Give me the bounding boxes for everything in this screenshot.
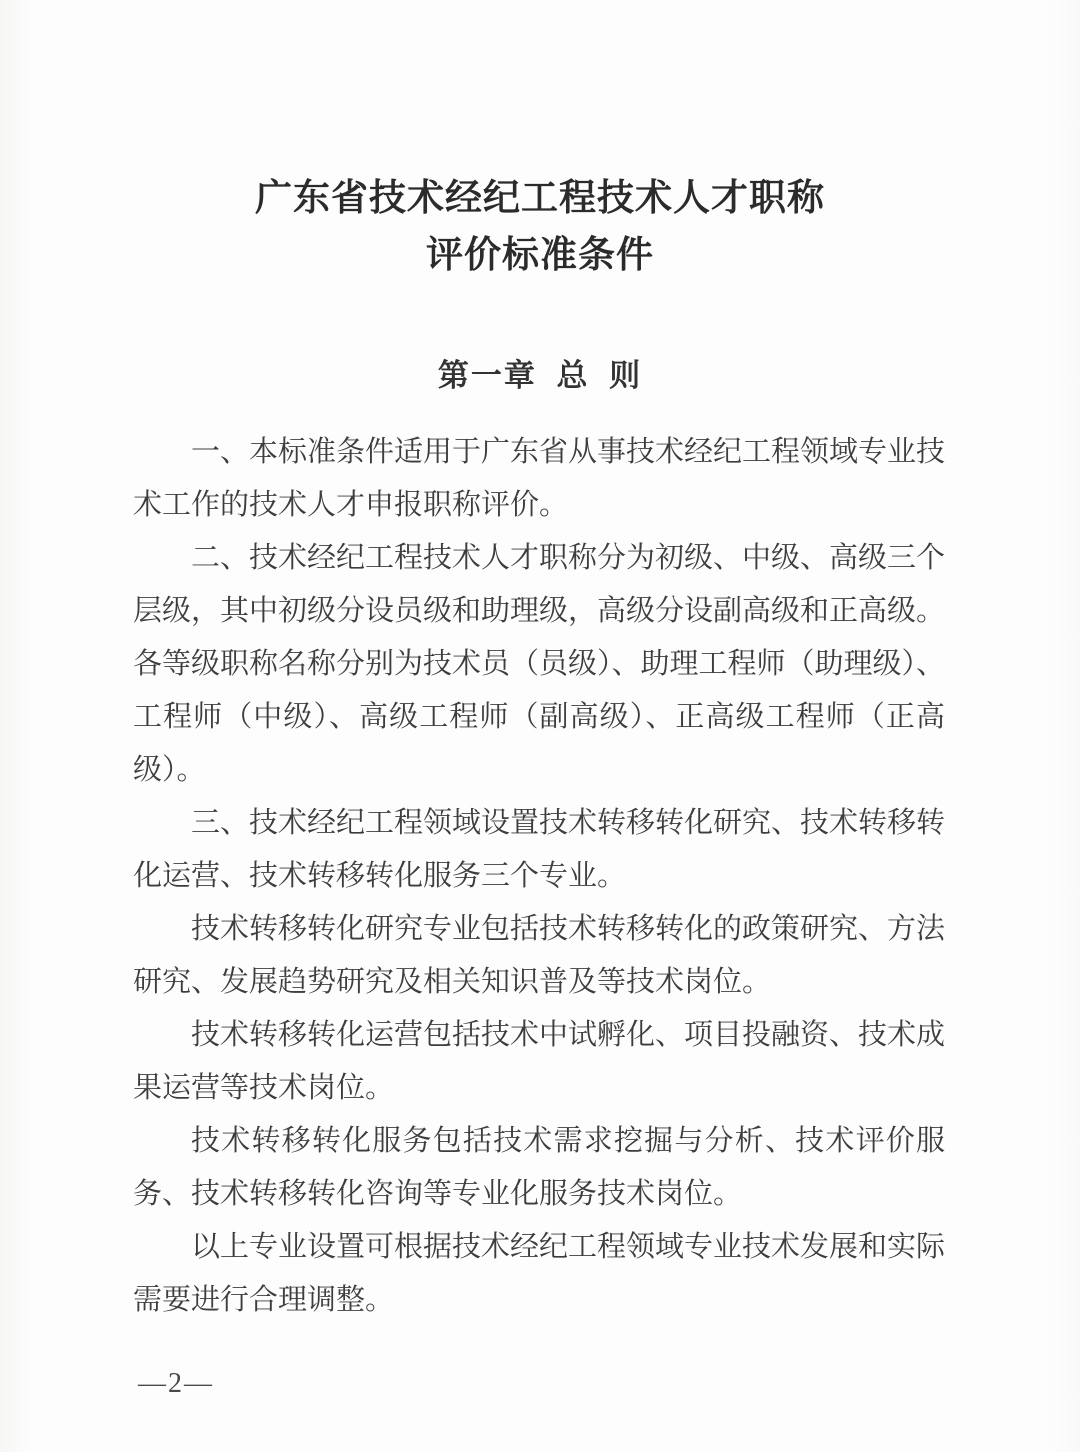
paragraph-3: 三、技术经纪工程领域设置技术转移转化研究、技术转移转化运营、技术转移转化服务三个… [133,797,945,903]
paragraph-2: 二、技术经纪工程技术人才职称分为初级、中级、高级三个层级，其中初级分设员级和助理… [133,532,945,797]
document-title-line-1: 广东省技术经纪工程技术人才职称 [0,170,1080,227]
document-body: 一、本标准条件适用于广东省从事技术经纪工程领域专业技术工作的技术人才申报职称评价… [133,426,945,1327]
scanned-document-page: 广东省技术经纪工程技术人才职称 评价标准条件 第一章 总 则 一、本标准条件适用… [0,0,1080,1452]
paragraph-4: 技术转移转化研究专业包括技术转移转化的政策研究、方法研究、发展趋势研究及相关知识… [133,903,945,1009]
document-title-line-2: 评价标准条件 [0,227,1080,284]
page-number: —2— [138,1368,214,1400]
paragraph-5: 技术转移转化运营包括技术中试孵化、项目投融资、技术成果运营等技术岗位。 [133,1009,945,1115]
document-title: 广东省技术经纪工程技术人才职称 评价标准条件 [0,0,1080,284]
paragraph-6: 技术转移转化服务包括技术需求挖掘与分析、技术评价服务、技术转移转化咨询等专业化服… [133,1115,945,1221]
paragraph-7: 以上专业设置可根据技术经纪工程领域专业技术发展和实际需要进行合理调整。 [133,1221,945,1327]
chapter-heading: 第一章 总 则 [0,358,1080,394]
paragraph-1: 一、本标准条件适用于广东省从事技术经纪工程领域专业技术工作的技术人才申报职称评价… [133,426,945,532]
